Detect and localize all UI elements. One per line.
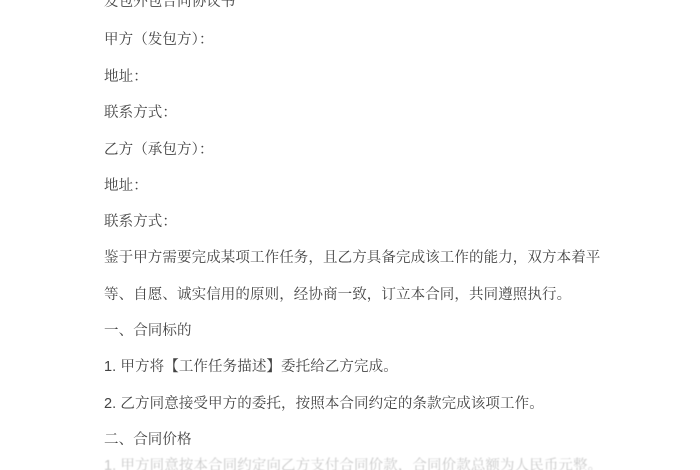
party-b-contact: 联系方式： <box>104 215 177 230</box>
section-1-item-1: 1. 甲方将【工作任务描述】委托给乙方完成。 <box>104 360 398 375</box>
section-1-item-2: 2. 乙方同意接受甲方的委托，按照本合同约定的条款完成该项工作。 <box>104 397 544 412</box>
contract-document-page: 发包外包合同协议书 甲方（发包方）： 地址： 联系方式： 乙方（承包方）： 地址… <box>0 0 700 470</box>
clipped-bottom-line: 1. 甲方同意按本合同约定向乙方支付合同价款，合同价款总额为人民币元整。 <box>104 459 602 470</box>
party-b-address: 地址： <box>104 179 148 194</box>
party-a-address: 地址： <box>104 70 148 85</box>
doc-title: 发包外包合同协议书 <box>104 0 235 10</box>
section-2-heading: 二、合同价格 <box>104 433 192 448</box>
preamble-line-2: 等、自愿、诚实信用的原则，经协商一致，订立本合同，共同遵照执行。 <box>104 288 571 303</box>
section-1-heading: 一、合同标的 <box>104 324 192 339</box>
party-a-contact: 联系方式： <box>104 106 177 121</box>
party-a-label: 甲方（发包方）： <box>104 33 214 48</box>
party-b-label: 乙方（承包方）： <box>104 143 214 158</box>
preamble-line-1: 鉴于甲方需要完成某项工作任务，且乙方具备完成该工作的能力，双方本着平 <box>104 251 600 266</box>
